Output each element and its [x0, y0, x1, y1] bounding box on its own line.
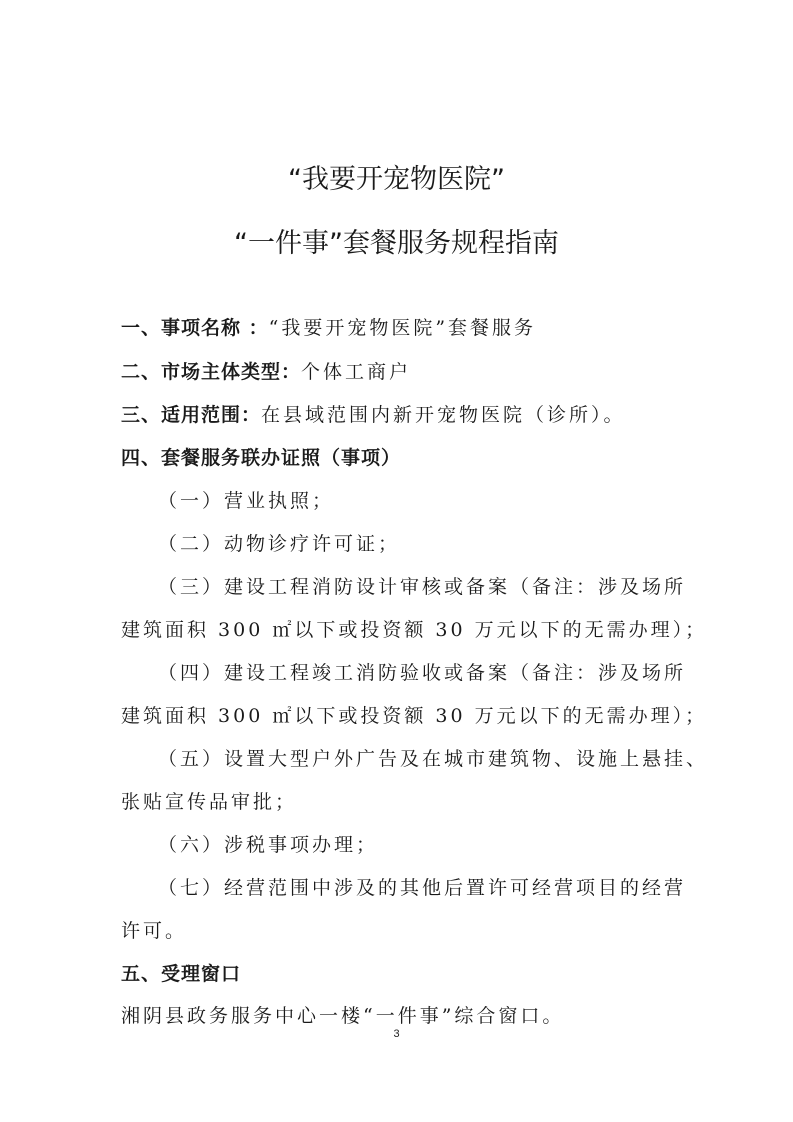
license-item-4-cont: 建筑面积 300 ㎡以下或投资额 30 万元以下的无需办理）；: [121, 701, 707, 728]
section-heading: 一、事项名称 ：: [121, 317, 269, 339]
section-heading-joint-licenses: 四、套餐服务联办证照（事项）: [121, 443, 401, 470]
section-market-entity-type: 二、市场主体类型：个体工商户: [121, 357, 411, 384]
license-item-2: （二）动物诊疗许可证；: [158, 529, 400, 556]
license-item-3-cont: 建筑面积 300 ㎡以下或投资额 30 万元以下的无需办理）；: [121, 615, 707, 642]
section-text: 个体工商户: [301, 361, 411, 383]
service-window-text: 湘阴县政务服务中心一楼“一件事”综合窗口。: [121, 1001, 564, 1028]
section-text: 在县域范围内新开宠物医院（诊所）。: [261, 404, 626, 426]
license-item-3: （三）建设工程消防设计审核或备案（备注：涉及场所: [158, 572, 686, 599]
license-item-5-cont: 张贴宣传品审批；: [121, 787, 297, 814]
section-heading: 三、适用范围：: [121, 404, 261, 426]
page-number: 3: [0, 1028, 793, 1040]
title-line-1: “我要开宠物医院”: [0, 157, 793, 196]
license-item-7-cont: 许可。: [121, 916, 187, 943]
section-scope: 三、适用范围：在县域范围内新开宠物医院（诊所）。: [121, 400, 626, 427]
section-heading: 二、市场主体类型：: [121, 361, 301, 383]
title-line-2: “一件事”套餐服务规程指南: [0, 221, 793, 260]
license-item-4: （四）建设工程竣工消防验收或备案（备注：涉及场所: [158, 658, 686, 685]
section-item-name: 一、事项名称 ：“我要开宠物医院”套餐服务: [121, 313, 536, 340]
section-text: “我要开宠物医院”套餐服务: [269, 317, 536, 339]
license-item-5: （五）设置大型户外广告及在城市建筑物、设施上悬挂、: [158, 744, 708, 771]
license-item-1: （一）营业执照；: [158, 486, 334, 513]
section-heading-service-window: 五、受理窗口: [121, 959, 241, 986]
license-item-7: （七）经营范围中涉及的其他后置许可经营项目的经营: [158, 873, 686, 900]
license-item-6: （六）涉税事项办理；: [158, 830, 378, 857]
